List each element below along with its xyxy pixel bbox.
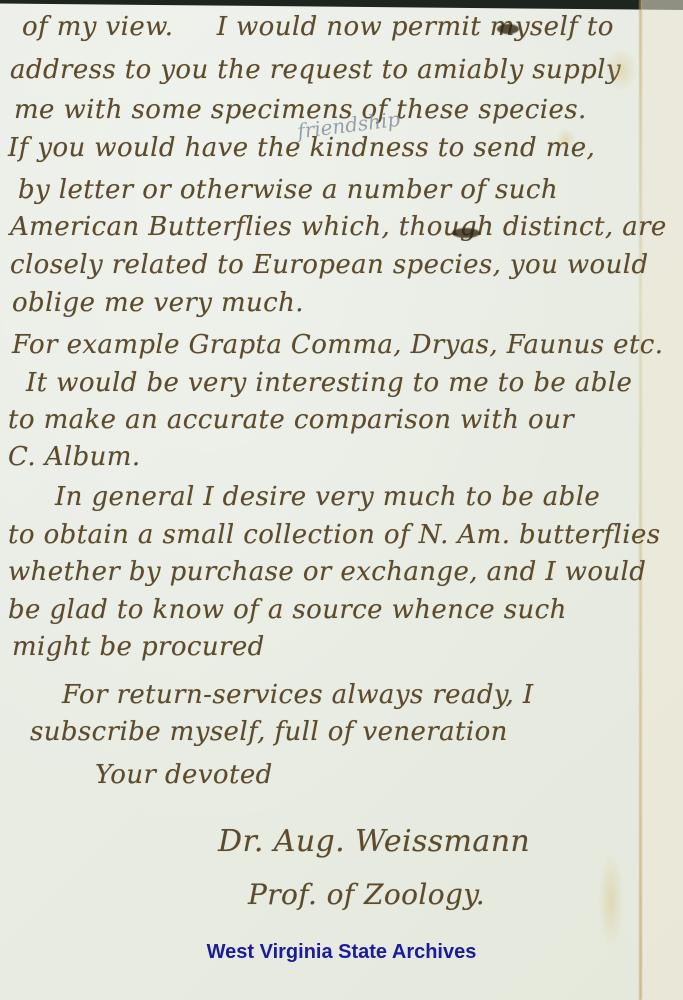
archive-stamp: West Virginia State Archives — [207, 941, 477, 964]
letter-line: address to you the request to amiably su… — [10, 55, 621, 85]
letter-line: In general I desire very much to be able — [55, 482, 600, 512]
letter-line: American Butterflies which, though disti… — [10, 212, 667, 242]
letter-line: of my view. I would now permit myself to — [22, 12, 614, 42]
letter-line: C. Album. — [8, 442, 141, 472]
letter-line: For example Grapta Comma, Dryas, Faunus … — [12, 330, 663, 360]
letter-line: Prof. of Zoology. — [248, 878, 485, 911]
letter-line: subscribe myself, full of veneration — [30, 717, 508, 747]
paper-stain — [604, 48, 638, 92]
paper-right-panel — [641, 0, 683, 1000]
ink-blot — [497, 24, 519, 34]
paper-fold-line — [639, 0, 642, 1000]
letter-line: be glad to know of a source whence such — [8, 595, 567, 625]
letter-line: Dr. Aug. Weissmann — [218, 824, 530, 859]
letter-line: to make an accurate comparison with our — [8, 405, 574, 435]
paper-stain — [598, 850, 624, 950]
letter-line: Your devoted — [95, 760, 273, 790]
letter-line: whether by purchase or exchange, and I w… — [8, 557, 646, 587]
letter-page: of my view. I would now permit myself to… — [0, 0, 683, 1000]
letter-line: oblige me very much. — [12, 288, 304, 318]
scan-edge-top — [0, 0, 683, 10]
paper-stain — [556, 128, 576, 150]
letter-line: closely related to European species, you… — [10, 250, 649, 280]
letter-line: by letter or otherwise a number of such — [18, 175, 558, 205]
ink-blot — [452, 228, 480, 238]
letter-line: to obtain a small collection of N. Am. b… — [8, 520, 661, 550]
letter-line: For return-services always ready, I — [62, 680, 534, 710]
letter-line: might be procured — [12, 632, 265, 662]
letter-line: It would be very interesting to me to be… — [26, 368, 632, 398]
